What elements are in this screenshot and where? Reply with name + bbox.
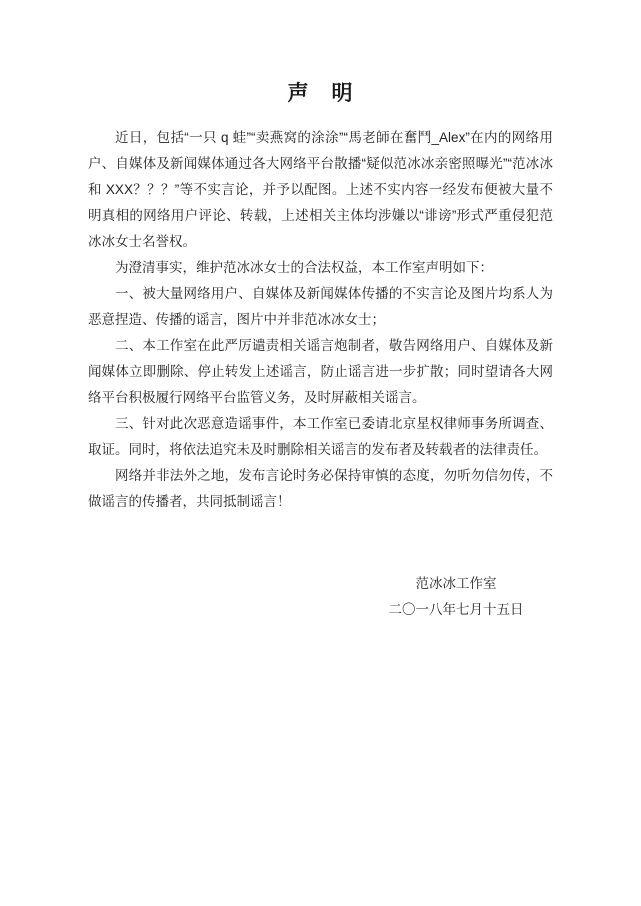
statement-paragraph-point-2: 二、本工作室在此严厉谴责相关谣言炮制者，敬告网络用户、自媒体及新闻媒体立即删除、… [88, 333, 553, 411]
statement-paragraph-intro: 近日，包括“一只 q 蛙”“卖燕窝的涂涂”“馬老師在奮鬥_Alex”在内的网络用… [88, 125, 553, 255]
statement-paragraph-closing: 网络并非法外之地，发布言论时务必保持审慎的态度，勿听勿信勿传，不做谣言的传播者，… [88, 463, 553, 515]
statement-paragraph-purpose: 为澄清事实，维护范冰冰女士的合法权益，本工作室声明如下： [88, 255, 553, 281]
signature-block: 范冰冰工作室 二〇一八年七月十五日 [359, 571, 553, 623]
signature-date: 二〇一八年七月十五日 [359, 597, 553, 623]
signature-name: 范冰冰工作室 [359, 571, 553, 597]
statement-body: 近日，包括“一只 q 蛙”“卖燕窝的涂涂”“馬老師在奮鬥_Alex”在内的网络用… [88, 125, 553, 515]
statement-title: 声 明 [0, 0, 641, 104]
statement-paragraph-point-3: 三、针对此次恶意造谣事件，本工作室已委请北京星权律师事务所调查、取证。同时，将依… [88, 411, 553, 463]
statement-paragraph-point-1: 一、被大量网络用户、自媒体及新闻媒体传播的不实言论及图片均系人为恶意捏造、传播的… [88, 281, 553, 333]
statement-document-page: 声 明 近日，包括“一只 q 蛙”“卖燕窝的涂涂”“馬老師在奮鬥_Alex”在内… [0, 0, 641, 906]
